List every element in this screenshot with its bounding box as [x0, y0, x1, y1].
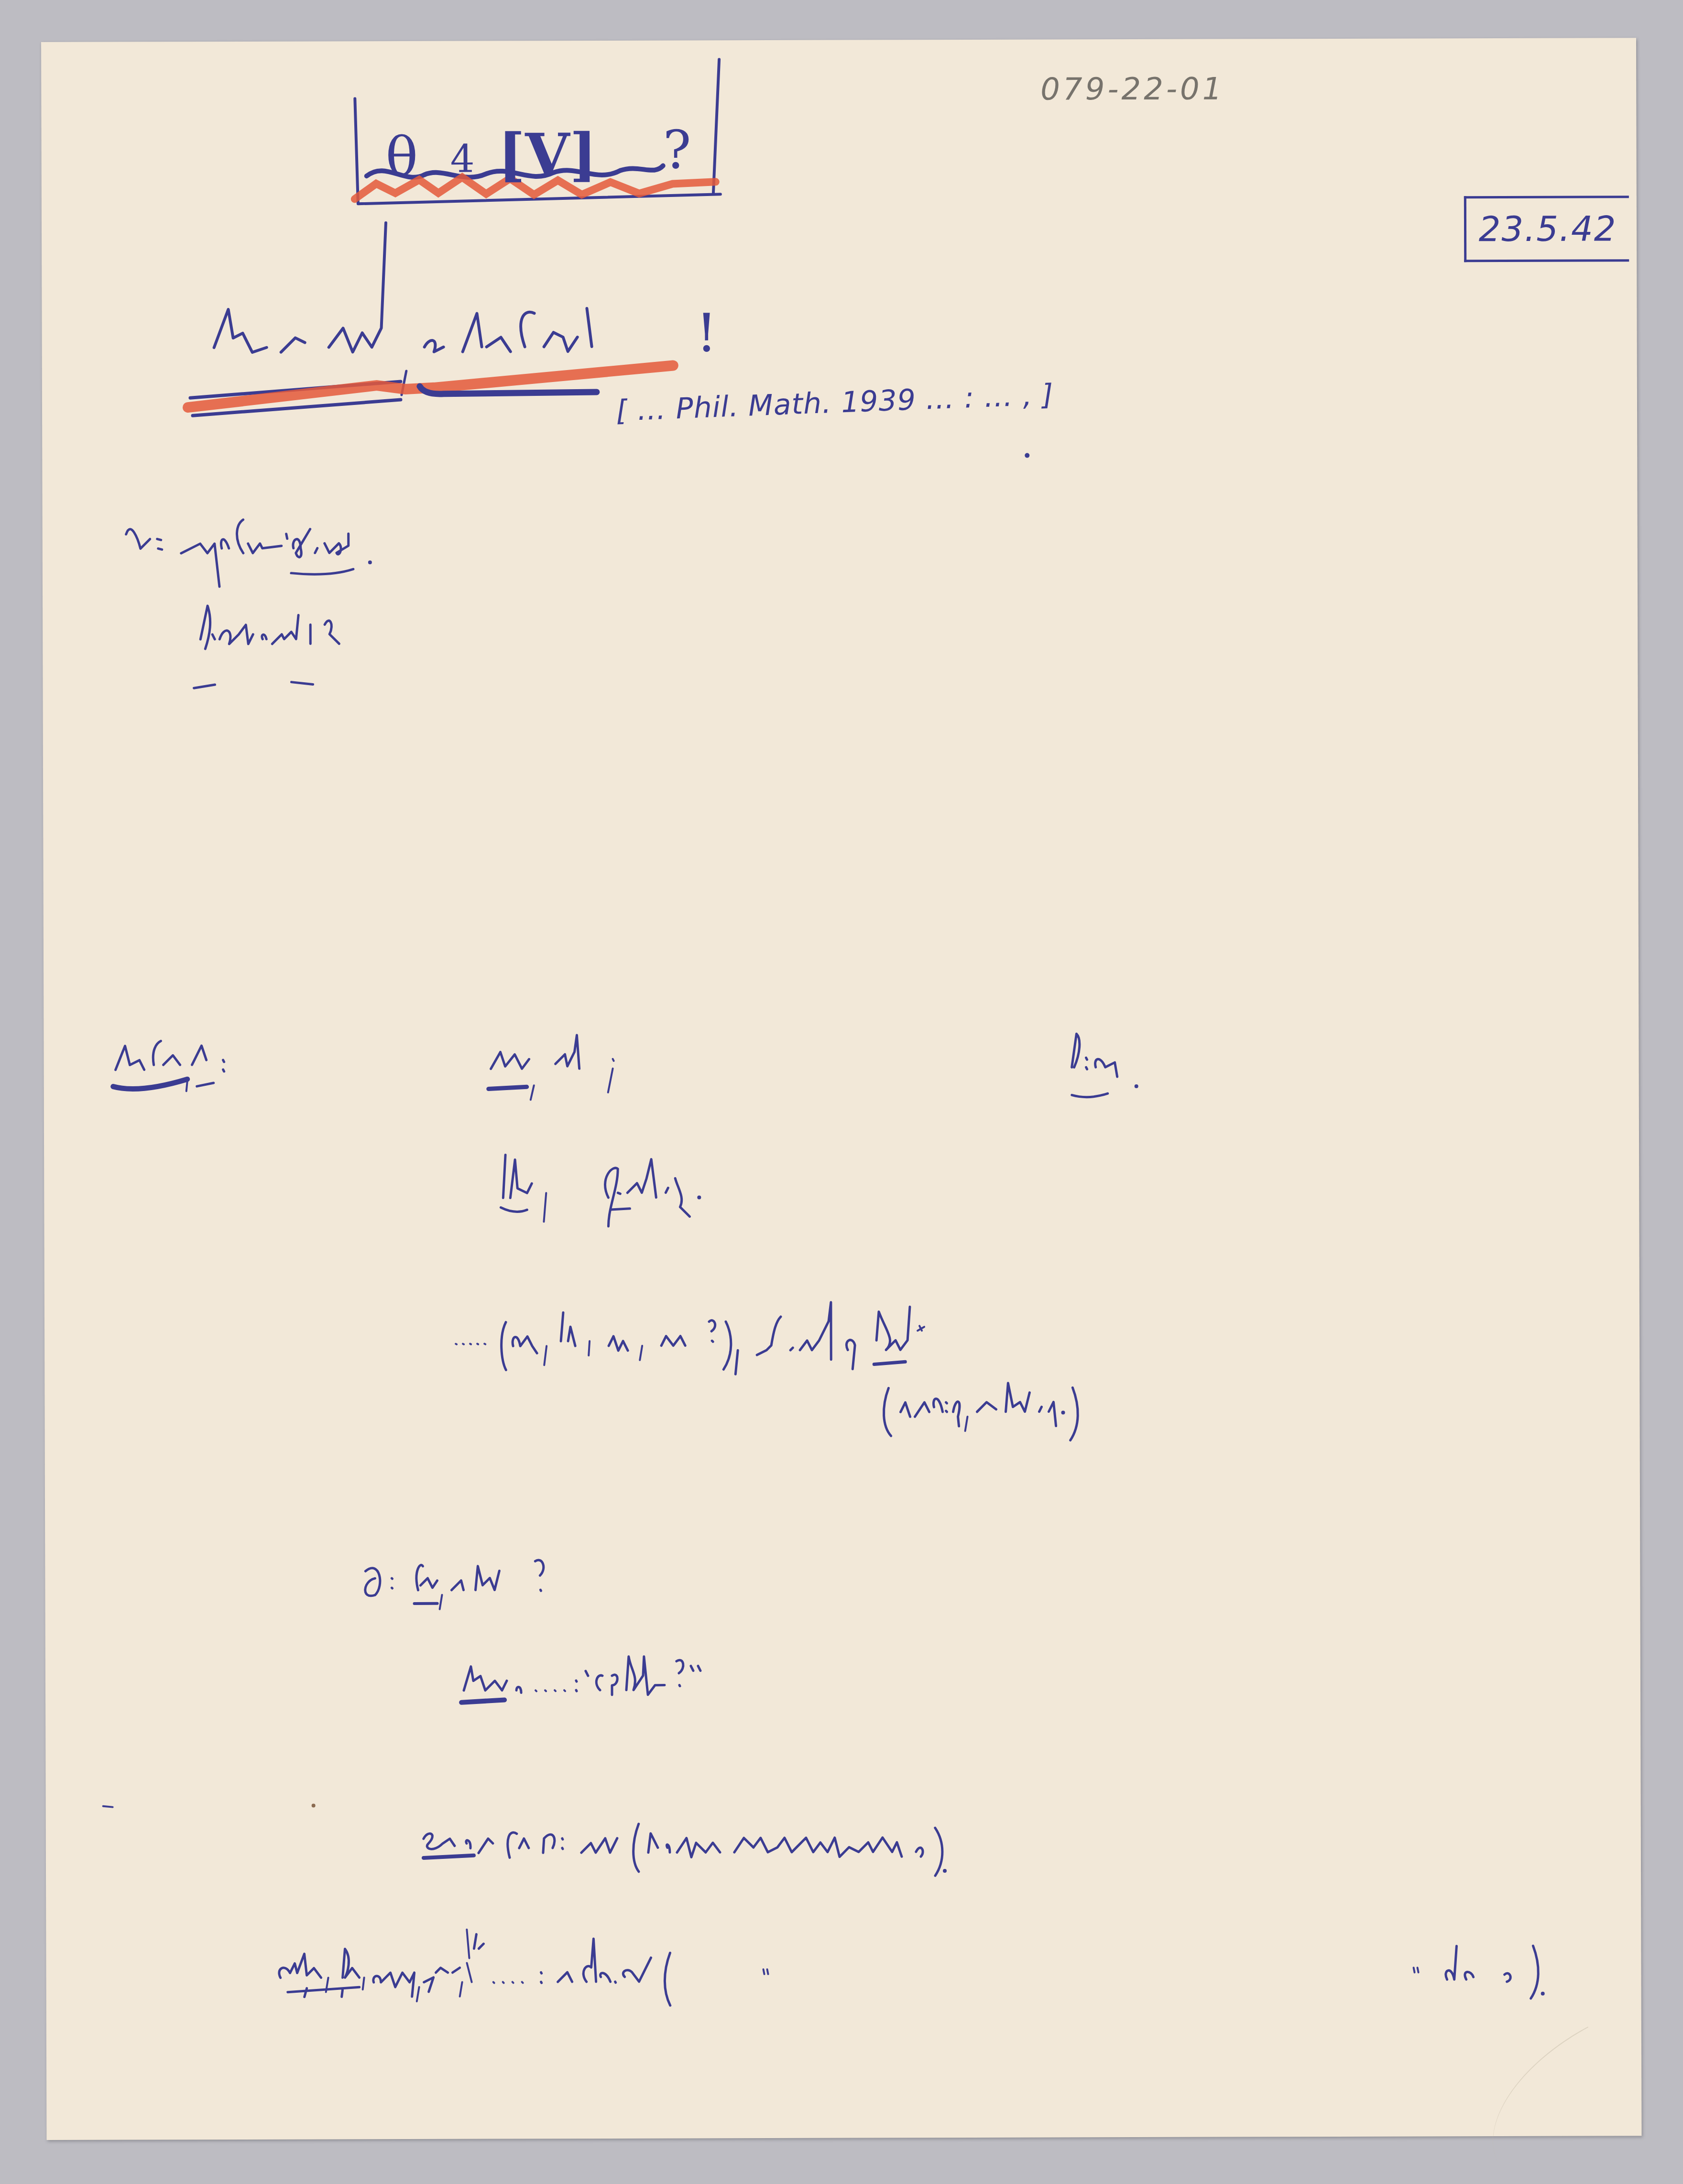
stray-ink-mark	[1025, 453, 1029, 458]
period-dot	[368, 560, 372, 564]
manuscript-page: 079-22-01 θ 4 [V] ? 23.5.42 !	[41, 38, 1641, 2140]
line-10	[279, 1927, 1545, 2007]
line-9	[424, 1823, 947, 1877]
stray-ink-mark	[312, 1804, 316, 1808]
shorthand-body	[41, 38, 1672, 2146]
line-1	[126, 519, 372, 587]
line-7	[365, 1560, 544, 1609]
line-6	[884, 1383, 1078, 1441]
line-2	[194, 605, 339, 688]
line-3	[113, 1034, 1138, 1101]
line-5	[456, 1302, 924, 1375]
line-8	[461, 1656, 700, 1702]
line-4	[501, 1154, 701, 1226]
stray-ink-mark	[103, 1806, 113, 1807]
